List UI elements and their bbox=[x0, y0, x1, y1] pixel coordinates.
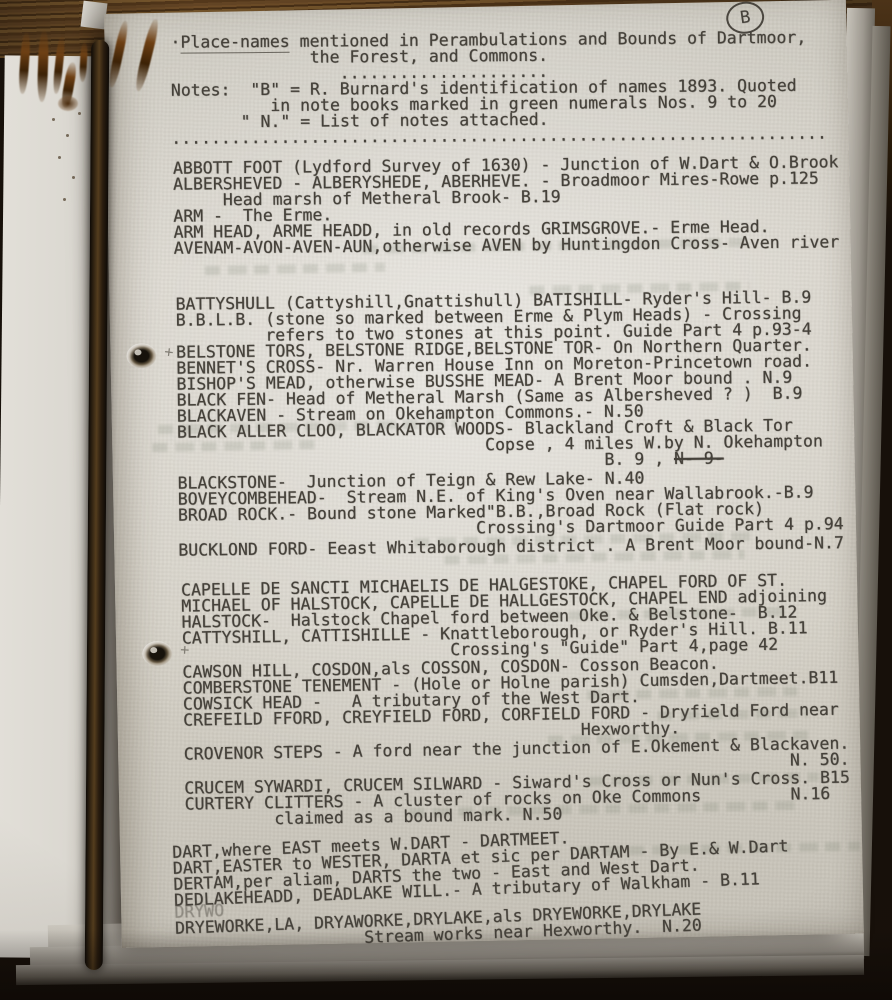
document-page: B ·Place-names mentioned in Perambulatio… bbox=[104, 0, 864, 948]
typed-content: ·Place-names mentioned in Perambulations… bbox=[170, 22, 848, 953]
entry-line: BUCKLOND FORD- Eeast Whitaborough distri… bbox=[178, 535, 838, 558]
pencil-cross-mark: + bbox=[163, 342, 174, 361]
binder-hole-top bbox=[126, 343, 156, 369]
pencil-cross-mark: + bbox=[180, 640, 190, 658]
stain-speck bbox=[66, 134, 69, 137]
stain-speck bbox=[58, 156, 61, 159]
header-block: ·Place-names mentioned in Perambulations… bbox=[170, 30, 831, 147]
binder-hole-bottom bbox=[142, 641, 172, 667]
entry-line: AVENAM-AVON-AVEN-AUN,otherwise AVEN by H… bbox=[174, 234, 834, 256]
stain-speck bbox=[72, 176, 75, 179]
section-b: BATTYSHULL (Cattyshill,Gnattishull) BATI… bbox=[175, 289, 838, 558]
section-d: DART,where EAST meets W.DART - DARTMEET.… bbox=[172, 820, 850, 953]
stain-speck bbox=[52, 118, 55, 121]
stain-speck bbox=[78, 112, 81, 115]
hole-glint bbox=[150, 647, 157, 653]
section-c: CAPELLE DE SANCTI MICHAELIS DE HALGESTOK… bbox=[181, 572, 845, 829]
section-a: ABBOTT FOOT (Lydford Survey of 1630) - J… bbox=[173, 154, 834, 256]
entries: ABBOTT FOOT (Lydford Survey of 1630) - J… bbox=[173, 148, 848, 953]
separator-dots: ........................................… bbox=[171, 126, 831, 147]
stain-blotch bbox=[58, 96, 78, 111]
hole-glint bbox=[134, 349, 141, 355]
struck-through-text: N- 9- bbox=[674, 448, 724, 468]
stain-speck bbox=[63, 198, 66, 201]
